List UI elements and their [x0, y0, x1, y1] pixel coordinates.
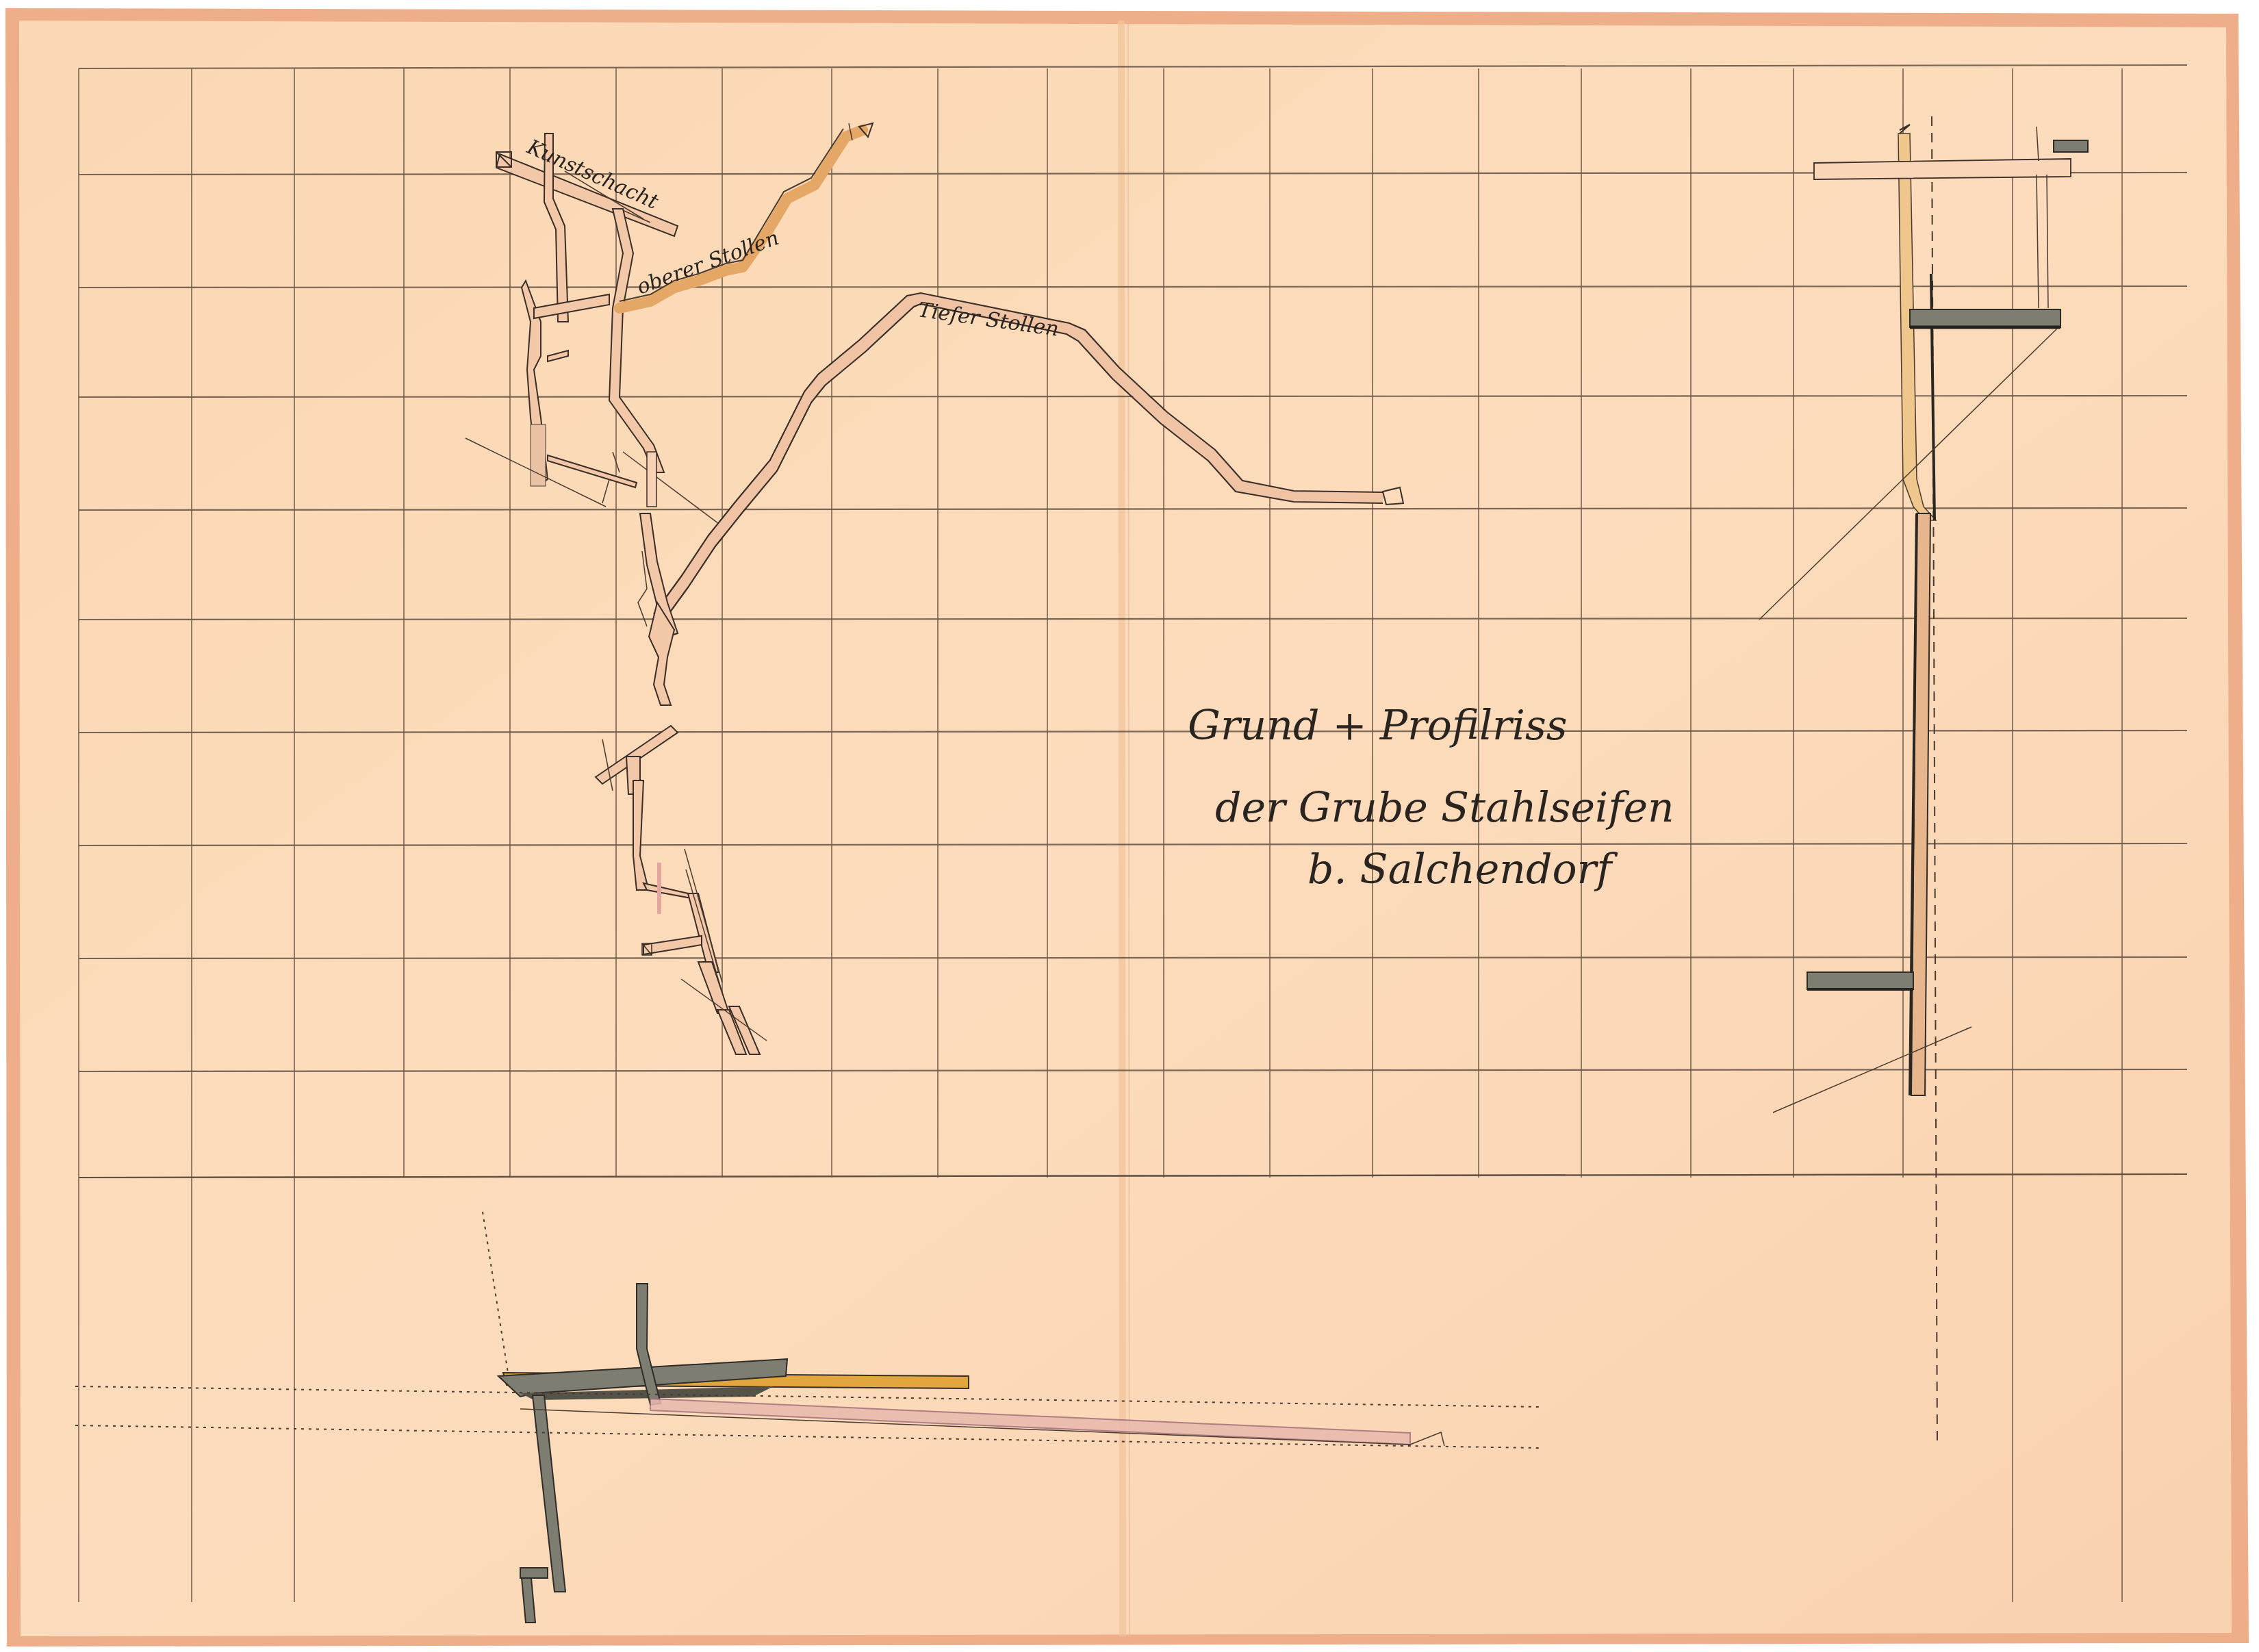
title-line-3: b. Salchendorf	[1307, 846, 1618, 893]
title-line-2: der Grube Stahlseifen	[1215, 784, 1674, 832]
fold-line	[1121, 21, 1123, 1636]
mine-map-sheet: Kunstschacht oberer Stollen Tiefer Stoll…	[0, 0, 2259, 1652]
title-line-1: Grund + Profilriss	[1188, 702, 1568, 750]
